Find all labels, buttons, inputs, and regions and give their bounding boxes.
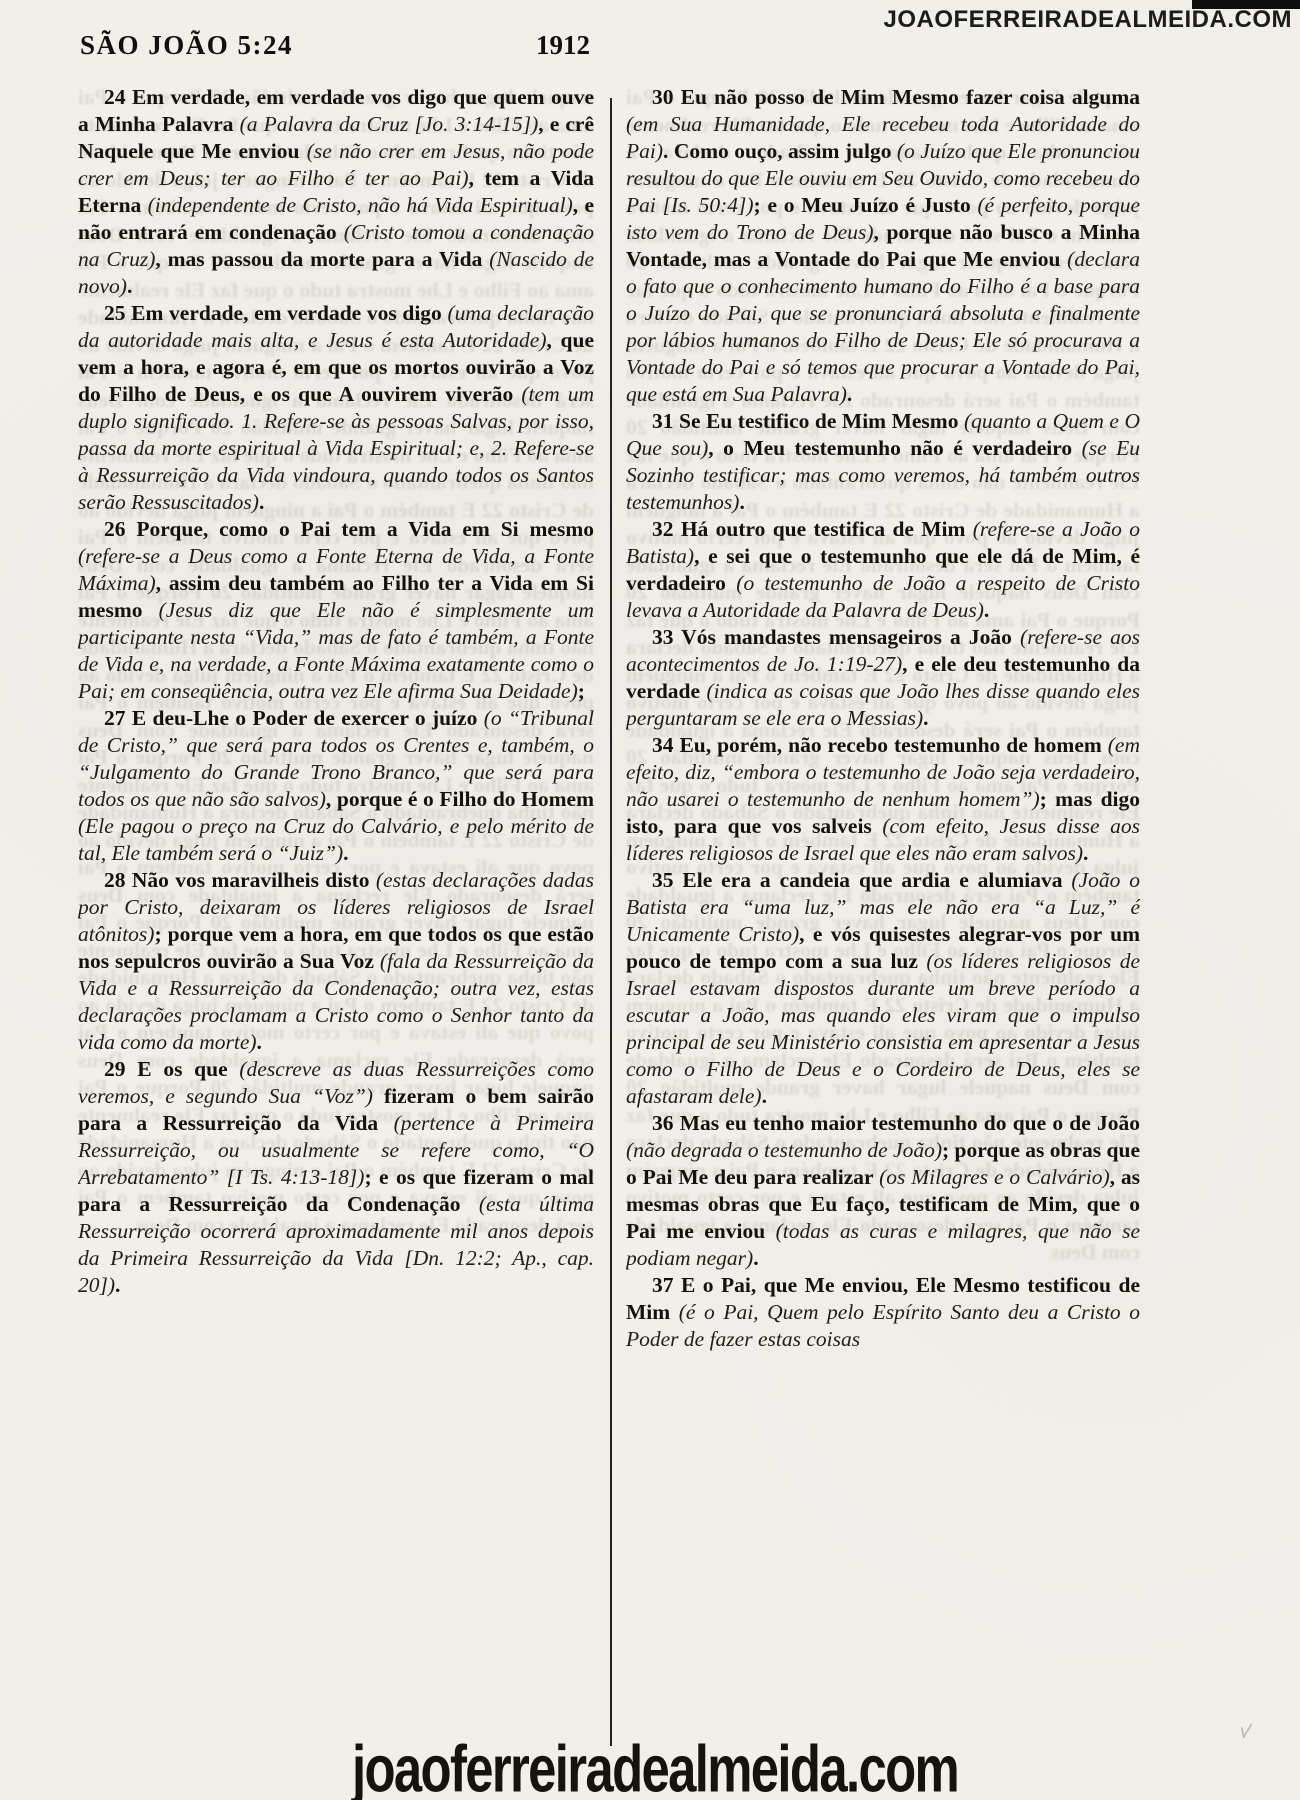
scripture-text: ; e o Meu Juízo é Justo xyxy=(754,193,978,217)
scripture-text: 28 Não vos maravilheis disto xyxy=(104,868,376,892)
watermark-url: joaoferreiradealmeida.com xyxy=(352,1732,958,1800)
book-reference: SÃO JOÃO 5:24 xyxy=(80,30,293,61)
scripture-text: . Como ouço, assim julgo xyxy=(663,139,897,163)
verse-24-paragraph: 24 Em verdade, em verdade vos digo que q… xyxy=(78,84,594,300)
verse-36-paragraph: 36 Mas eu tenho maior testemunho do que … xyxy=(626,1110,1140,1272)
scripture-text: . xyxy=(343,841,348,865)
scripture-text: 26 Porque, como o Pai tem a Vida em Si m… xyxy=(104,517,594,541)
column-divider xyxy=(610,98,612,1746)
scripture-text: . xyxy=(127,274,132,298)
scripture-text: . xyxy=(762,1084,767,1108)
verse-27-paragraph: 27 E deu-Lhe o Poder de exercer o juízo … xyxy=(78,705,594,867)
scripture-text: ; xyxy=(578,679,585,703)
verse-34-paragraph: 34 Eu, porém, não recebo testemunho de h… xyxy=(626,732,1140,867)
scripture-text: . xyxy=(753,1246,758,1270)
scripture-text: . xyxy=(257,1030,262,1054)
scripture-text: . xyxy=(259,490,264,514)
verse-35-paragraph: 35 Ele era a candeia que ardia e alumiav… xyxy=(626,867,1140,1110)
scripture-text: 31 Se Eu testifico de Mim Mesmo xyxy=(652,409,964,433)
scripture-text: . xyxy=(1083,841,1088,865)
scanned-page: JOAOFERREIRADEALMEIDA.COM SÃO JOÃO 5:24 … xyxy=(0,0,1300,1800)
commentary-text: (a Palavra da Cruz [Jo. 3:14-15]) xyxy=(240,112,539,136)
scripture-text: 33 Vós mandastes mensageiros a João xyxy=(652,625,1020,649)
scripture-text: 25 Em verdade, em verdade vos digo xyxy=(104,301,447,325)
verse-30-paragraph: 30 Eu não posso de Mim Mesmo fazer coisa… xyxy=(626,84,1140,408)
scripture-text: , mas passou da morte para a Vida xyxy=(155,247,489,271)
verse-37-paragraph: 37 E o Pai, que Me enviou, Ele Mesmo tes… xyxy=(626,1272,1140,1353)
scripture-text: , o Meu testemunho não é verdadeiro xyxy=(708,436,1081,460)
scripture-text: . xyxy=(739,490,744,514)
page-number: 1912 xyxy=(536,30,590,61)
scripture-text: 30 Eu não posso de Mim Mesmo fazer coisa… xyxy=(652,85,1140,109)
text-column-left: 24 Em verdade, em verdade vos digo que q… xyxy=(78,84,594,1299)
scripture-text: , porque é o Filho do Homem xyxy=(326,787,594,811)
scripture-text: . xyxy=(984,598,989,622)
commentary-text: (independente de Cristo, não há Vida Esp… xyxy=(148,193,573,217)
verse-25-paragraph: 25 Em verdade, em verdade vos digo (uma … xyxy=(78,300,594,516)
scan-mark-artifact xyxy=(1238,1722,1252,1745)
scripture-text: 32 Há outro que testifica de Mim xyxy=(652,517,973,541)
scripture-text: . xyxy=(923,706,928,730)
scripture-text: . xyxy=(115,1273,120,1297)
scripture-text: 34 Eu, porém, não recebo testemunho de h… xyxy=(652,733,1108,757)
verse-33-paragraph: 33 Vós mandastes mensageiros a João (ref… xyxy=(626,624,1140,732)
verse-32-paragraph: 32 Há outro que testifica de Mim (refere… xyxy=(626,516,1140,624)
verse-31-paragraph: 31 Se Eu testifico de Mim Mesmo (quanto … xyxy=(626,408,1140,516)
scripture-text: 35 Ele era a candeia que ardia e alumiav… xyxy=(652,868,1071,892)
verse-29-paragraph: 29 E os que (descreve as duas Ressurreiç… xyxy=(78,1056,594,1299)
scripture-text: . xyxy=(847,382,852,406)
scripture-text: 27 E deu-Lhe o Poder de exercer o juízo xyxy=(104,706,484,730)
verse-26-paragraph: 26 Porque, como o Pai tem a Vida em Si m… xyxy=(78,516,594,705)
commentary-text: (Ele pagou o preço na Cruz do Calvário, … xyxy=(78,814,594,865)
commentary-text: (é o Pai, Quem pelo Espírito Santo deu a… xyxy=(626,1300,1140,1351)
commentary-text: (os Milagres e o Calvário) xyxy=(879,1165,1110,1189)
commentary-text: (não degrada o testemunho de João) xyxy=(626,1138,942,1162)
text-column-right: 30 Eu não posso de Mim Mesmo fazer coisa… xyxy=(626,84,1140,1353)
scripture-text: 29 E os que xyxy=(104,1057,239,1081)
verse-28-paragraph: 28 Não vos maravilheis disto (estas decl… xyxy=(78,867,594,1056)
scripture-text: 36 Mas eu tenho maior testemunho do que … xyxy=(652,1111,1140,1135)
